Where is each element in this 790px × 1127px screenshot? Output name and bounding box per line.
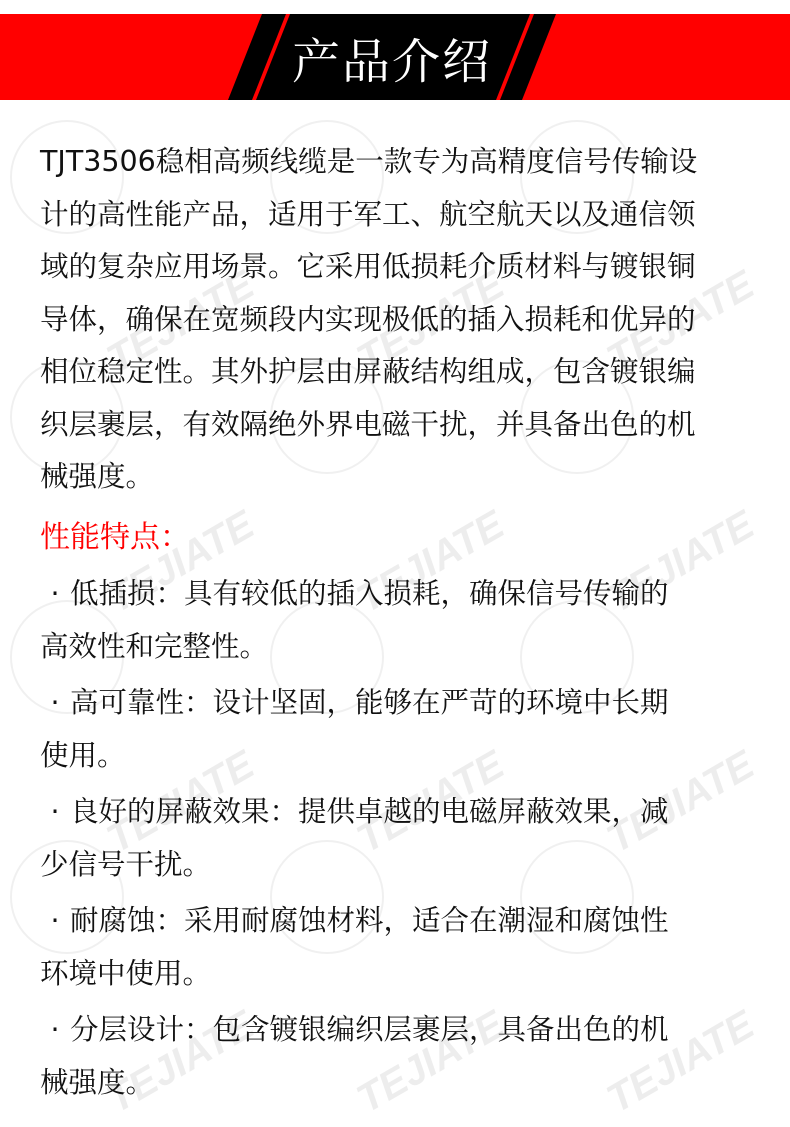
- feature-item-low-insertion-loss: ·低插损：具有较低的插入损耗，确保信号传输的 高效性和完整性。: [40, 568, 760, 673]
- feature-text: 良好的屏蔽效果：提供卓越的电磁屏蔽效果，减: [70, 795, 669, 828]
- intro-line: 计的高性能产品，适用于军工、航空航天以及通信领: [40, 189, 760, 242]
- features-list: ·低插损：具有较低的插入损耗，确保信号传输的 高效性和完整性。 ·高可靠性：设计…: [40, 568, 760, 1109]
- bullet-icon: ·: [40, 895, 70, 948]
- intro-paragraph: TJT3506稳相高频线缆是一款专为高精度信号传输设 计的高性能产品，适用于军工…: [40, 136, 760, 504]
- feature-text-continued: 高效性和完整性。: [40, 621, 760, 674]
- feature-item-corrosion-resistance: ·耐腐蚀：采用耐腐蚀材料，适合在潮湿和腐蚀性 环境中使用。: [40, 895, 760, 1000]
- bullet-icon: ·: [40, 786, 70, 839]
- feature-text-continued: 使用。: [40, 730, 760, 783]
- bullet-icon: ·: [40, 568, 70, 621]
- intro-line: 织层裹层，有效隔绝外界电磁干扰，并具备出色的机: [40, 399, 760, 452]
- feature-item-high-reliability: ·高可靠性：设计坚固，能够在严苛的环境中长期 使用。: [40, 677, 760, 782]
- feature-text: 耐腐蚀：采用耐腐蚀材料，适合在潮湿和腐蚀性: [70, 904, 669, 937]
- feature-text: 分层设计：包含镀银编织层裹层，具备出色的机: [70, 1013, 669, 1046]
- feature-item-layered-design: ·分层设计：包含镀银编织层裹层，具备出色的机 械强度。: [40, 1004, 760, 1109]
- intro-line: 相位稳定性。其外护层由屏蔽结构组成，包含镀银编: [40, 346, 760, 399]
- product-description: TJT3506稳相高频线缆是一款专为高精度信号传输设 计的高性能产品，适用于军工…: [40, 136, 760, 1109]
- bullet-icon: ·: [40, 677, 70, 730]
- intro-line: 械强度。: [40, 451, 760, 504]
- section-title: 产品介绍: [228, 14, 556, 100]
- bullet-icon: ·: [40, 1004, 70, 1057]
- intro-line: TJT3506稳相高频线缆是一款专为高精度信号传输设: [40, 136, 760, 189]
- intro-line: 导体，确保在宽频段内实现极低的插入损耗和优异的: [40, 294, 760, 347]
- feature-text: 低插损：具有较低的插入损耗，确保信号传输的: [70, 577, 669, 610]
- features-heading: 性能特点：: [40, 512, 760, 565]
- feature-text: 高可靠性：设计坚固，能够在严苛的环境中长期: [70, 686, 669, 719]
- feature-text-continued: 少信号干扰。: [40, 839, 760, 892]
- feature-text-continued: 环境中使用。: [40, 948, 760, 1001]
- section-banner: 产品介绍: [0, 14, 790, 100]
- feature-text-continued: 械强度。: [40, 1057, 760, 1110]
- intro-line: 域的复杂应用场景。它采用低损耗介质材料与镀银铜: [40, 241, 760, 294]
- feature-item-shielding: ·良好的屏蔽效果：提供卓越的电磁屏蔽效果，减 少信号干扰。: [40, 786, 760, 891]
